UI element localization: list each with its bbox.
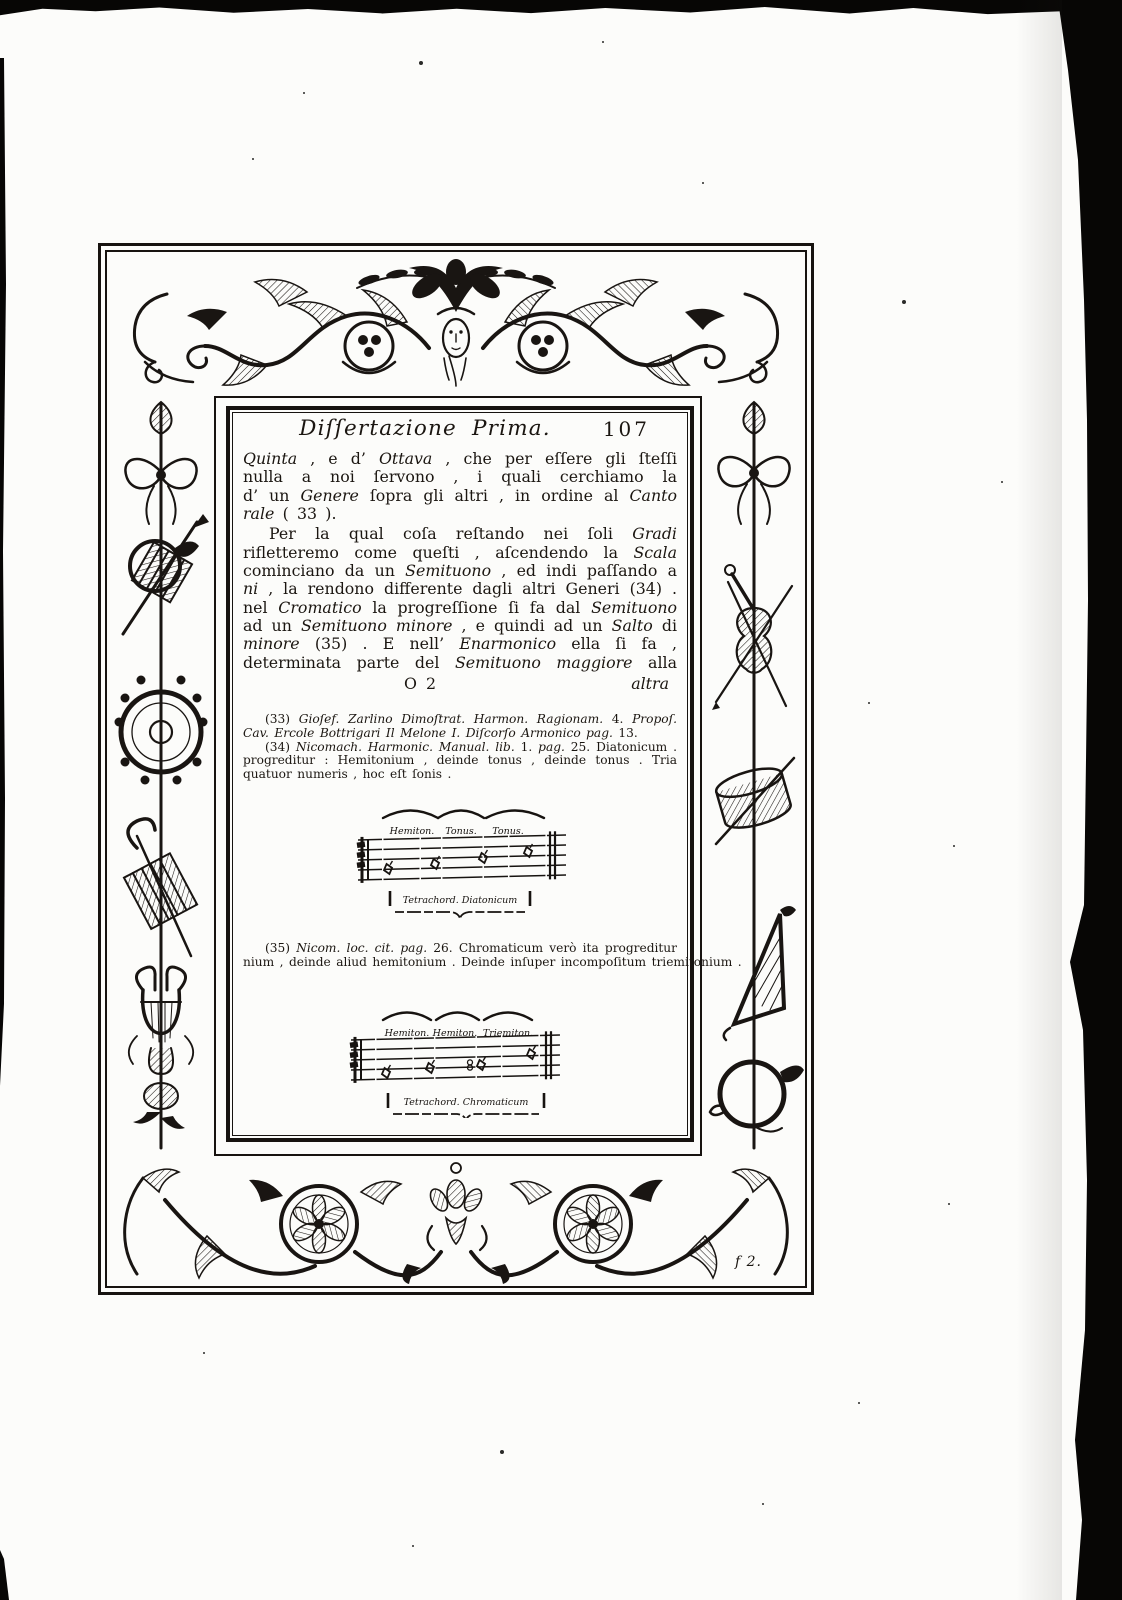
gathering-signature: O 2 <box>243 674 599 693</box>
signature-catchword-line: O 2 altra <box>243 674 677 693</box>
bracket-label: Tetrachord. Diatonicum <box>403 895 518 906</box>
text-line: (35) Nicom. loc. cit. pag. 26. Chromatic… <box>243 942 677 956</box>
lozenge-note <box>424 1060 438 1074</box>
text-line: nium , deinde aliud hemitonium . Deinde … <box>243 956 677 970</box>
text-line: d’ un Genere ſopra gli altri , in ordine… <box>243 487 677 505</box>
text-line: Per la qual coſa reſtando nei ſoli Gradi… <box>243 525 677 543</box>
ornament-left-instruments <box>107 396 214 1156</box>
text-line: (34) Nicomach. Harmonic. Manual. lib. 1.… <box>243 741 677 755</box>
plate-signature: f 2. <box>735 1254 762 1270</box>
ornament-bottom-engraving <box>107 1156 805 1286</box>
ornament-right-instruments <box>702 396 805 1156</box>
paragraph: Per la qual coſa reſtando nei ſoli Gradi… <box>243 525 677 672</box>
lozenge-note <box>525 1046 539 1060</box>
text-line: quatuor numeris , hoc eſt ſonis . <box>243 768 677 782</box>
scanned-book-page: Diſſertazione Prima. 107 Quinta , e d’ O… <box>0 0 1122 1600</box>
text-panel: Diſſertazione Prima. 107 Quinta , e d’ O… <box>226 406 694 1142</box>
text-line: Quinta , e d’ Ottava , che per eſſere gl… <box>243 450 677 468</box>
text-line: Cav. Ercole Bottrigari Il Melone I. Diſc… <box>243 727 677 741</box>
interval-label: Tonus. <box>445 826 476 837</box>
body-text: Quinta , e d’ Ottava , che per eſſere gl… <box>243 450 677 693</box>
accidental-sign <box>468 1060 473 1070</box>
lozenge-note <box>380 1065 394 1079</box>
lozenge-note <box>475 1057 489 1071</box>
page-title: Diſſertazione Prima. <box>230 416 620 441</box>
page-number: 107 <box>603 417 650 441</box>
music-figure-diatonic-tetrachord: Hemiton.Tonus.Tonus.Tetrachord. Diatonic… <box>350 796 584 918</box>
footnotes-block: (33) Gioſef. Zarlino Dimoſtrat. Harmon. … <box>243 713 677 782</box>
text-line: minore (35) . E nell’ Enarmonico ella ſi… <box>243 635 677 653</box>
text-line: cominciano da un Semituono , ed indi paſ… <box>243 562 677 580</box>
paper-edge-shadow <box>1016 0 1062 1600</box>
text-line: ni , la rendono differente dagli altri G… <box>243 580 677 598</box>
text-line: nulla a noi ſervono , i quali cerchiamo … <box>243 468 677 486</box>
scan-speckles <box>0 0 2 2</box>
paragraph: Quinta , e d’ Ottava , che per eſſere gl… <box>243 450 677 523</box>
footnote-35-block: (35) Nicom. loc. cit. pag. 26. Chromatic… <box>243 942 677 970</box>
text-line: nel Cromatico la progreſſione ſi fa dal … <box>243 599 677 617</box>
text-line: rifletteremo come queſti , aſcendendo la… <box>243 544 677 562</box>
page-header: Diſſertazione Prima. 107 <box>230 416 690 446</box>
text-line: (33) Gioſef. Zarlino Dimoſtrat. Harmon. … <box>243 713 677 727</box>
interval-label: Hemiton. <box>389 826 435 837</box>
scan-edge-top <box>0 0 1062 16</box>
bracket-label: Tetrachord. Chromaticum <box>404 1097 529 1108</box>
text-line: determinata parte del Semituono maggiore… <box>243 654 677 672</box>
lozenge-note <box>382 861 396 875</box>
ornament-top-engraving <box>107 252 805 396</box>
text-line: ad un Semituono minore , e quindi ad un … <box>243 617 677 635</box>
interval-label: Hemiton. <box>384 1028 430 1039</box>
music-figure-chromatic-tetrachord: Hemiton.Hemiton.Triemiton.Tetrachord. Ch… <box>348 996 582 1118</box>
interval-label: Tonus. <box>492 826 523 837</box>
scan-edge-left <box>0 58 7 1086</box>
catchword: altra <box>599 674 677 693</box>
text-line: progreditur : Hemitonium , deinde tonus … <box>243 754 677 768</box>
text-line: rale ( 33 ). <box>243 505 677 523</box>
scan-edge-bottom-left <box>0 1550 10 1600</box>
